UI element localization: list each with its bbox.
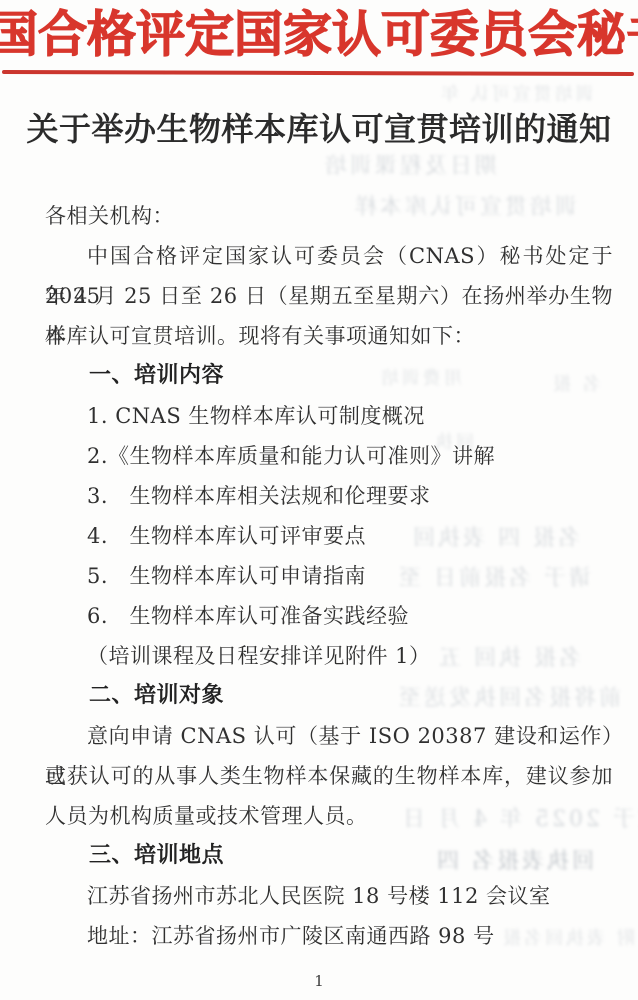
paragraph-line: 人员为机构质量或技术管理人员。: [45, 796, 613, 836]
paragraph-line: 意向申请 CNAS 认可（基于 ISO 20387 建设和运作）或: [45, 716, 613, 756]
list-item: 1. CNAS 生物样本库认可制度概况: [45, 396, 613, 436]
list-item: 2.《生物样本库质量和能力认可准则》讲解: [45, 436, 613, 476]
letterhead-org-name: 中国合格评定国家认可委员会秘书处: [0, 0, 638, 66]
section-heading-training-content: 一、培训内容: [45, 356, 613, 396]
section-heading-training-audience: 二、培训对象: [45, 676, 613, 716]
section-heading-training-location: 三、培训地点: [45, 836, 613, 876]
list-item: 6. 生物样本库认可准备实践经验: [45, 596, 613, 636]
letterhead-rule: [2, 70, 634, 76]
document-title: 关于举办生物样本库认可宣贯培训的通知: [0, 104, 638, 150]
page-number: 1: [0, 972, 638, 990]
list-item: 4. 生物样本库认可评审要点: [45, 516, 613, 556]
venue-line: 江苏省扬州市苏北人民医院 18 号楼 112 会议室: [45, 876, 613, 916]
document-body: 各相关机构： 中国合格评定国家认可委员会（CNAS）秘书处定于 2025 年 4…: [45, 196, 613, 956]
list-item: 3. 生物样本库相关法规和伦理要求: [45, 476, 613, 516]
paragraph-line: 已获认可的从事人类生物样本保藏的生物样本库，建议参加: [45, 756, 613, 796]
salutation: 各相关机构：: [45, 196, 613, 236]
address-line: 地址：江苏省扬州市广陵区南通西路 98 号: [45, 916, 613, 956]
paragraph-line: 中国合格评定国家认可委员会（CNAS）秘书处定于 2025: [45, 236, 613, 276]
scanned-notice-page: 中国合格评定国家认可委员会秘书处 训培贯宣可认 年 期日及程课训培 训培贯宣可认…: [0, 0, 638, 1000]
bleedthrough-text: 期日及程课训培: [322, 149, 497, 180]
list-item: 5. 生物样本库认可申请指南: [45, 556, 613, 596]
paragraph-line: 本库认可宣贯培训。现将有关事项通知如下：: [45, 316, 613, 356]
bleedthrough-text: 训培贯宣可认 年: [438, 80, 594, 106]
paragraph-line: 年 4 月 25 日至 26 日（星期五至星期六）在扬州举办生物样: [45, 276, 613, 316]
schedule-note: （培训课程及日程安排详见附件 1）: [45, 636, 613, 676]
